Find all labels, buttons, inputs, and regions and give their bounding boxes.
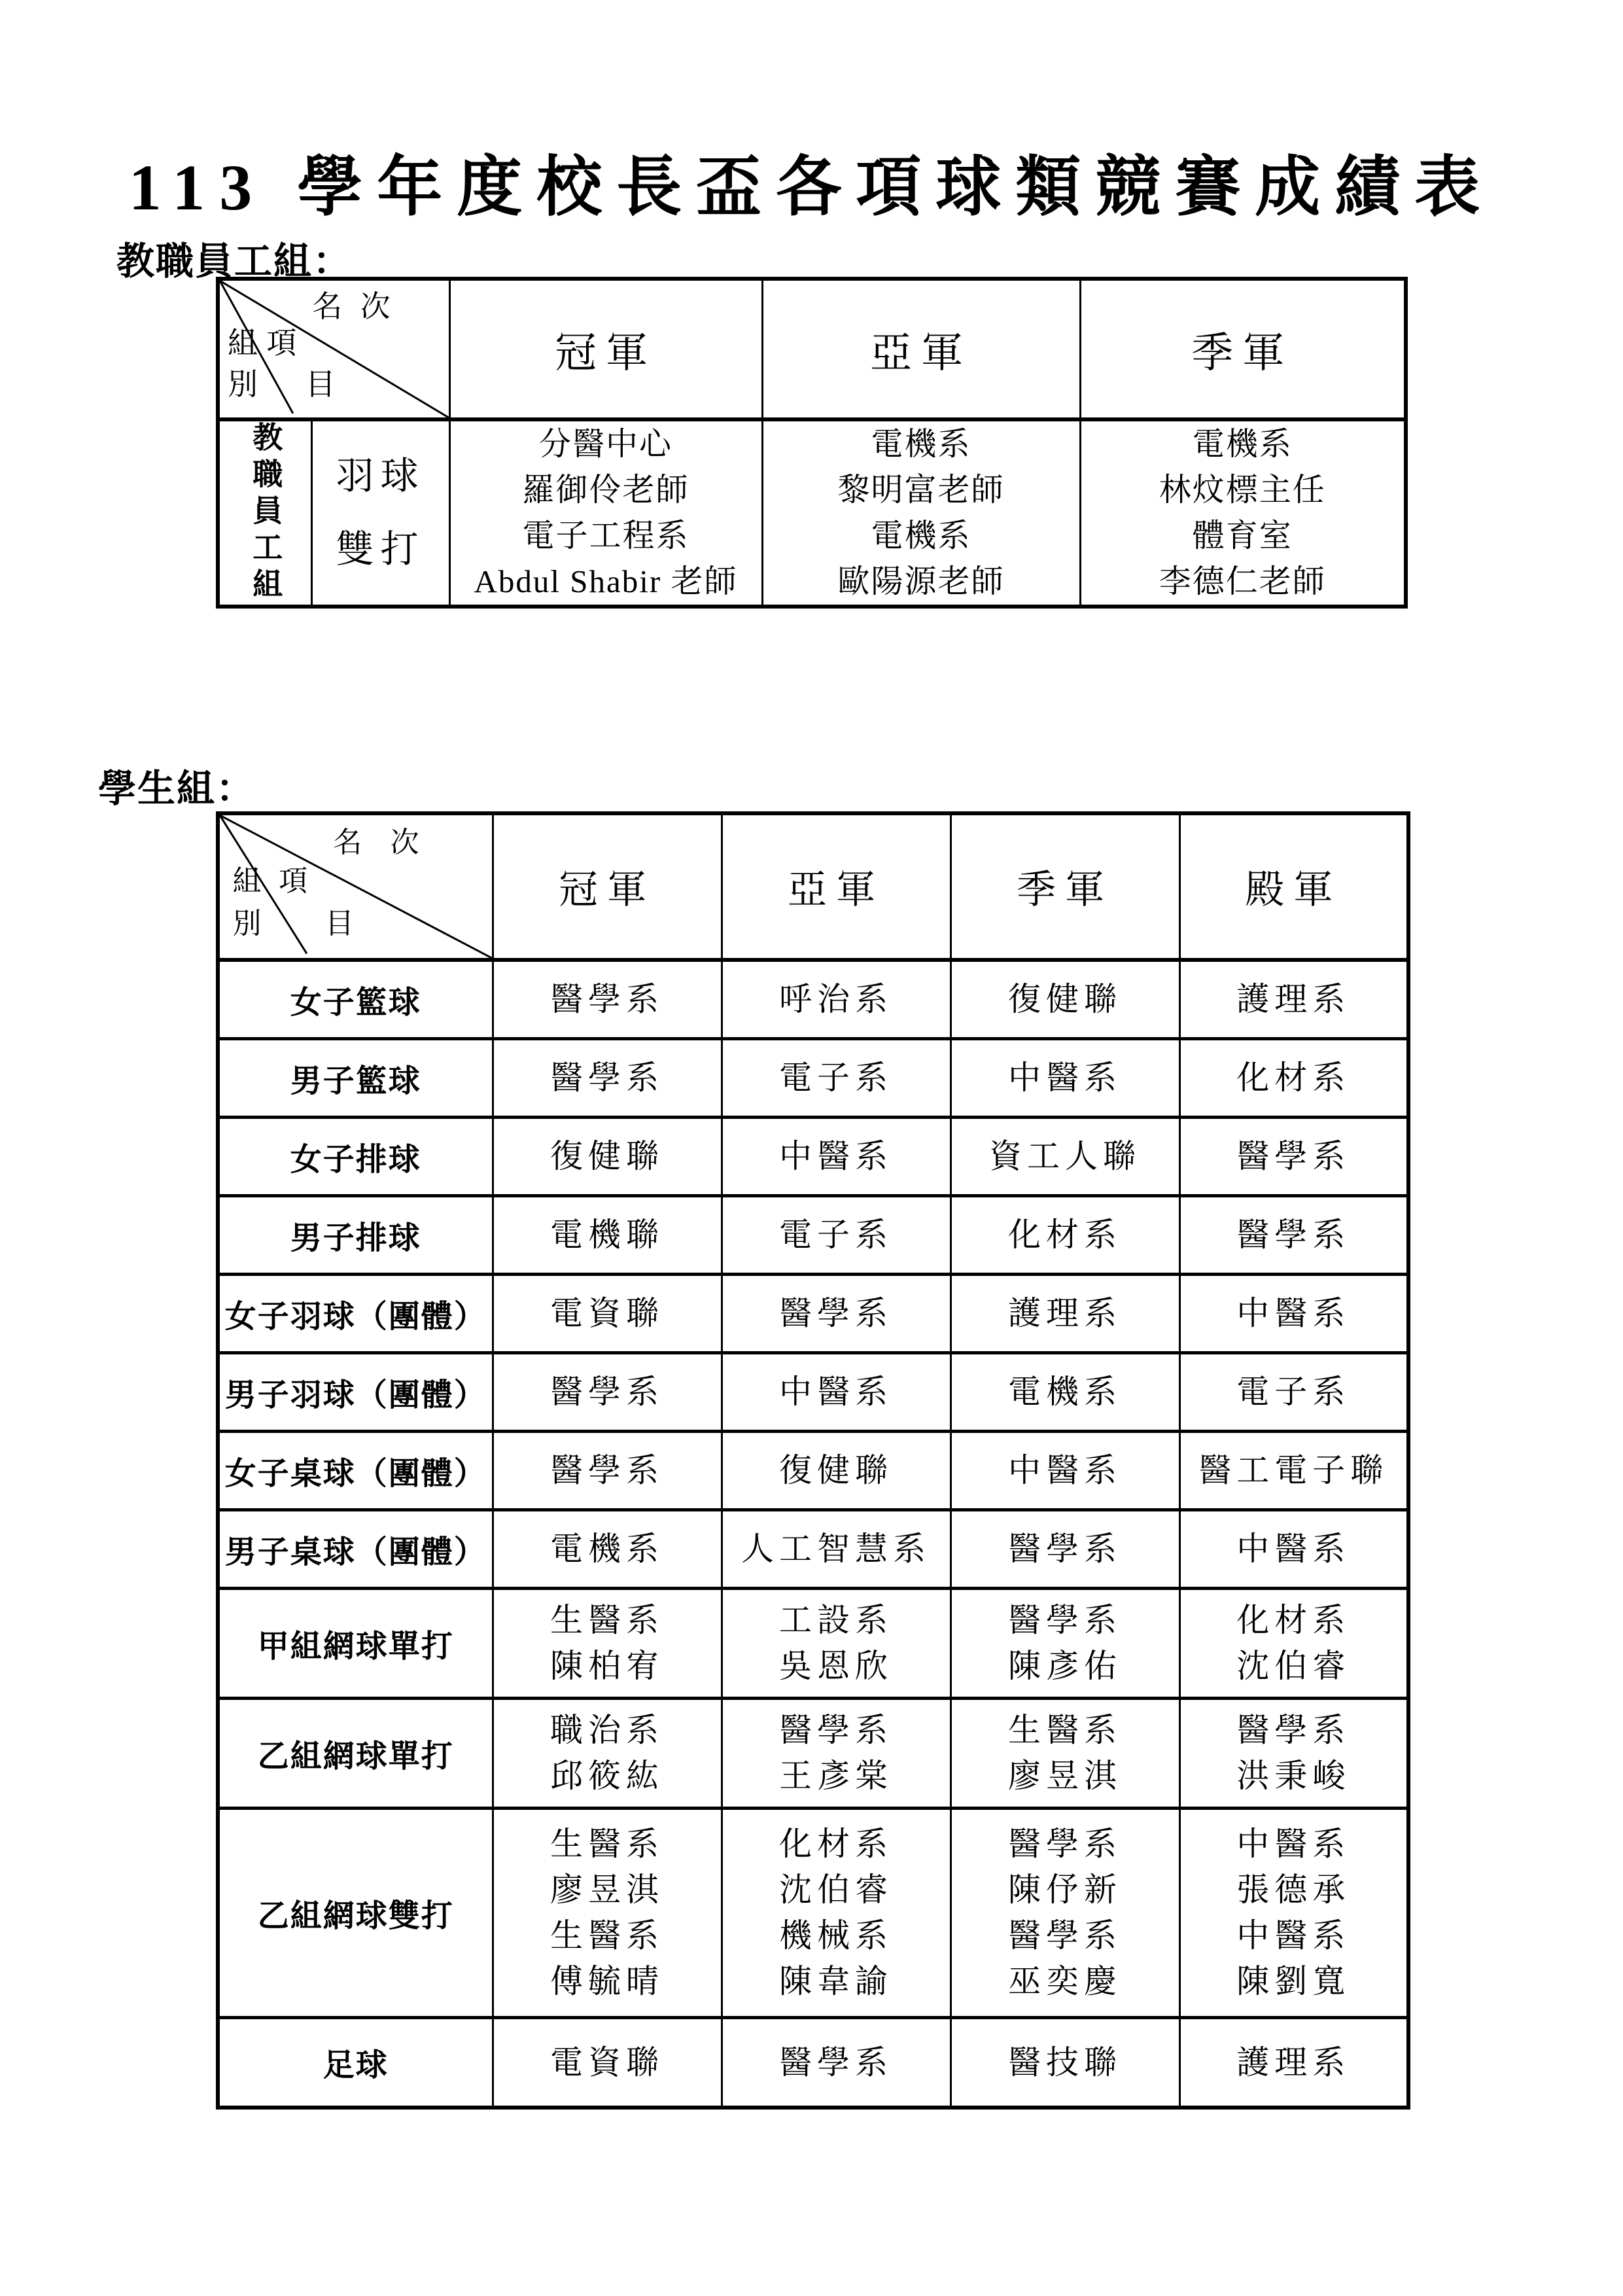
cell-line: 醫技聯	[952, 2040, 1179, 2085]
result-cell: 化材系	[1179, 1038, 1408, 1117]
result-cell: 醫學系陳伃新醫學系巫奕慶	[951, 1808, 1179, 2017]
cell-line: 電資聯	[494, 2040, 721, 2085]
result-cell: 資工人聯	[951, 1117, 1179, 1195]
cell-line: 陳劉寬	[1181, 1958, 1407, 2004]
cell-line: 醫學系	[494, 976, 721, 1022]
cell-line: 電子系	[723, 1212, 950, 1258]
student-result-row: 甲組網球單打生醫系陳柏宥工設系吳恩欣醫學系陳彥佑化材系沈伯睿	[218, 1588, 1408, 1698]
cell-line: 洪秉峻	[1181, 1753, 1407, 1799]
corner-label-group-2: 別	[228, 361, 258, 404]
column-header-runner-up: 亞軍	[762, 279, 1080, 419]
student-result-row: 男子排球電機聯電子系化材系醫學系	[218, 1195, 1408, 1274]
result-cell: 生醫系廖昱淇生醫系傅毓晴	[493, 1808, 722, 2017]
result-cell: 醫技聯	[951, 2017, 1179, 2108]
corner-label-rank-1: 名	[312, 283, 342, 326]
event-label: 女子排球	[218, 1117, 493, 1195]
cell-line: 中醫系	[1181, 1526, 1407, 1572]
student-result-row: 乙組網球單打職治系邱筱紘醫學系王彥棠生醫系廖昱淇醫學系洪秉峻	[218, 1698, 1408, 1808]
event-label: 乙組網球單打	[218, 1698, 493, 1808]
cell-line: 工設系	[723, 1597, 950, 1643]
cell-line: 醫學系	[1181, 1133, 1407, 1179]
cell-line: 電機系	[763, 421, 1079, 467]
result-cell: 電機聯	[493, 1195, 722, 1274]
event-label-cell: 羽球雙打	[311, 419, 449, 607]
corner-label-event-2: 目	[305, 361, 336, 404]
corner-header-cell: 名 次 組 項 別 目	[218, 813, 493, 960]
cell-line: 人工智慧系	[723, 1526, 950, 1572]
student-result-row: 女子籃球醫學系呼治系復健聯護理系	[218, 960, 1408, 1038]
staff-header-row: 名 次 組 項 別 目 冠軍 亞軍 季軍	[218, 279, 1406, 419]
event-label: 男子籃球	[218, 1038, 493, 1117]
cell-line: 電子系	[723, 1055, 950, 1101]
cell-line: 電機聯	[494, 1212, 721, 1258]
result-cell: 復健聯	[493, 1117, 722, 1195]
corner-label-event-2: 目	[325, 900, 354, 942]
result-cell: 呼治系	[722, 960, 951, 1038]
cell-line: 復健聯	[723, 1447, 950, 1493]
cell-line: 陳韋諭	[723, 1958, 950, 2004]
cell-line: 機械系	[723, 1913, 950, 1958]
cell-line: 生醫系	[494, 1597, 721, 1643]
result-cell: 中醫系	[951, 1431, 1179, 1510]
result-cell: 職治系邱筱紘	[493, 1698, 722, 1808]
corner-header-cell: 名 次 組 項 別 目	[218, 279, 449, 419]
cell-line: 職治系	[494, 1707, 721, 1753]
runner-up-cell: 電機系黎明富老師電機系歐陽源老師	[762, 419, 1080, 607]
column-header-fourth: 殿軍	[1179, 813, 1408, 960]
cell-line: 沈伯睿	[723, 1867, 950, 1913]
cell-line: 醫學系	[494, 1369, 721, 1415]
cell-line: 歐陽源老師	[763, 559, 1079, 605]
result-cell: 人工智慧系	[722, 1510, 951, 1588]
cell-line: 廖昱淇	[952, 1753, 1179, 1799]
cell-line: 陳柏宥	[494, 1643, 721, 1689]
result-cell: 電子系	[722, 1038, 951, 1117]
result-cell: 復健聯	[951, 960, 1179, 1038]
result-cell: 生醫系廖昱淇	[951, 1698, 1179, 1808]
event-label: 乙組網球雙打	[218, 1808, 493, 2017]
result-cell: 中醫系	[722, 1352, 951, 1431]
cell-line: 張德承	[1181, 1867, 1407, 1913]
column-header-champion: 冠軍	[493, 813, 722, 960]
student-section-label: 學生組：	[98, 758, 255, 813]
result-cell: 醫學系陳彥佑	[951, 1588, 1179, 1698]
cell-line: 中醫系	[723, 1133, 950, 1179]
result-cell: 電資聯	[493, 2017, 722, 2108]
corner-label-event-1: 項	[279, 857, 307, 899]
cell-line: 化材系	[1181, 1597, 1407, 1643]
column-header-champion: 冠軍	[449, 279, 762, 419]
group-label-cell: 教職員工組	[218, 419, 311, 607]
result-cell: 醫學系王彥棠	[722, 1698, 951, 1808]
cell-line: 電機系	[494, 1526, 721, 1572]
result-cell: 醫學系	[493, 1038, 722, 1117]
cell-line: 陳伃新	[952, 1867, 1179, 1913]
result-cell: 護理系	[1179, 960, 1408, 1038]
page-title: 113 學年度校長盃各項球類競賽成績表	[0, 134, 1623, 228]
column-header-third: 季軍	[951, 813, 1179, 960]
cell-line: 醫學系	[494, 1447, 721, 1493]
student-results-table: 名 次 組 項 別 目 冠軍 亞軍 季軍 殿軍 女子籃球醫學系呼治系復健聯護理系…	[216, 811, 1410, 2110]
cell-line: 資工人聯	[952, 1133, 1179, 1179]
result-cell: 醫學系	[951, 1510, 1179, 1588]
student-result-row: 男子籃球醫學系電子系中醫系化材系	[218, 1038, 1408, 1117]
corner-label-event-1: 項	[266, 319, 296, 362]
result-cell: 電資聯	[493, 1274, 722, 1352]
cell-line: 醫學系	[952, 1821, 1179, 1867]
cell-line: 醫學系	[1181, 1212, 1407, 1258]
cell-line: 中醫系	[952, 1055, 1179, 1101]
student-header-row: 名 次 組 項 別 目 冠軍 亞軍 季軍 殿軍	[218, 813, 1408, 960]
cell-line: 陳彥佑	[952, 1643, 1179, 1689]
result-cell: 中醫系	[1179, 1274, 1408, 1352]
event-label: 甲組網球單打	[218, 1588, 493, 1698]
result-cell: 醫學系	[493, 1431, 722, 1510]
result-cell: 醫學系	[722, 2017, 951, 2108]
cell-line: 巫奕慶	[952, 1958, 1179, 2004]
corner-label-group-2: 別	[233, 900, 262, 942]
group-label: 教職員工組	[243, 421, 287, 605]
cell-line: 電機系	[1081, 421, 1405, 467]
cell-line: 生醫系	[494, 1821, 721, 1867]
cell-line: 邱筱紘	[494, 1753, 721, 1799]
cell-line: 醫學系	[723, 1707, 950, 1753]
corner-label-rank-2: 次	[391, 819, 419, 860]
cell-line: 沈伯睿	[1181, 1643, 1407, 1689]
cell-line: 電機系	[763, 513, 1079, 559]
cell-line: 中醫系	[1181, 1821, 1407, 1867]
event-label: 女子籃球	[218, 960, 493, 1038]
corner-label-group-1: 組	[228, 319, 258, 362]
cell-line: 羅御伶老師	[451, 467, 761, 513]
result-cell: 中醫系張德承中醫系陳劉寬	[1179, 1808, 1408, 2017]
result-cell: 電子系	[1179, 1352, 1408, 1431]
student-result-row: 女子羽球（團體）電資聯醫學系護理系中醫系	[218, 1274, 1408, 1352]
result-cell: 生醫系陳柏宥	[493, 1588, 722, 1698]
cell-line: 吳恩欣	[723, 1643, 950, 1689]
cell-line: 電子工程系	[451, 513, 761, 559]
result-cell: 醫學系	[1179, 1195, 1408, 1274]
result-cell: 醫工電子聯	[1179, 1431, 1408, 1510]
cell-line: 林炆標主任	[1081, 467, 1405, 513]
cell-line: 醫學系	[952, 1913, 1179, 1958]
event-label: 男子排球	[218, 1195, 493, 1274]
student-result-row: 乙組網球雙打生醫系廖昱淇生醫系傅毓晴化材系沈伯睿機械系陳韋諭醫學系陳伃新醫學系巫…	[218, 1808, 1408, 2017]
cell-line: 電機系	[952, 1369, 1179, 1415]
cell-line: 化材系	[952, 1212, 1179, 1258]
cell-line: 王彥棠	[723, 1753, 950, 1799]
cell-line: 醫學系	[952, 1526, 1179, 1572]
cell-line: 李德仁老師	[1081, 559, 1405, 605]
result-cell: 化材系沈伯睿	[1179, 1588, 1408, 1698]
cell-line: 生醫系	[494, 1913, 721, 1958]
champion-cell: 分醫中心羅御伶老師電子工程系Abdul Shabir 老師	[449, 419, 762, 607]
cell-line: 羽球	[313, 440, 449, 513]
result-cell: 工設系吳恩欣	[722, 1588, 951, 1698]
column-header-third: 季軍	[1080, 279, 1406, 419]
corner-label-rank-1: 名	[333, 819, 362, 860]
result-cell: 化材系沈伯睿機械系陳韋諭	[722, 1808, 951, 2017]
student-result-row: 男子羽球（團體）醫學系中醫系電機系電子系	[218, 1352, 1408, 1431]
cell-line: 醫工電子聯	[1181, 1447, 1407, 1493]
result-cell: 醫學系	[1179, 1117, 1408, 1195]
cell-line: 黎明富老師	[763, 467, 1079, 513]
cell-line: 醫學系	[1181, 1707, 1407, 1753]
event-label: 女子羽球（團體）	[218, 1274, 493, 1352]
student-result-row: 女子排球復健聯中醫系資工人聯醫學系	[218, 1117, 1408, 1195]
result-cell: 中醫系	[722, 1117, 951, 1195]
cell-line: 生醫系	[952, 1707, 1179, 1753]
third-place-cell: 電機系林炆標主任體育室李德仁老師	[1080, 419, 1406, 607]
cell-line: 分醫中心	[451, 421, 761, 467]
cell-line: 護理系	[952, 1290, 1179, 1336]
student-result-row: 女子桌球（團體）醫學系復健聯中醫系醫工電子聯	[218, 1431, 1408, 1510]
cell-line: 體育室	[1081, 513, 1405, 559]
column-header-runner-up: 亞軍	[722, 813, 951, 960]
cell-line: 雙打	[313, 513, 449, 586]
result-cell: 醫學系	[493, 1352, 722, 1431]
cell-line: 醫學系	[723, 1290, 950, 1336]
cell-line: 護理系	[1181, 2040, 1407, 2085]
corner-label-rank-2: 次	[360, 283, 391, 326]
event-label: 足球	[218, 2017, 493, 2108]
result-cell: 中醫系	[1179, 1510, 1408, 1588]
result-cell: 護理系	[951, 1274, 1179, 1352]
cell-line: 電子系	[1181, 1369, 1407, 1415]
cell-line: Abdul Shabir 老師	[451, 559, 761, 605]
result-cell: 化材系	[951, 1195, 1179, 1274]
result-cell: 電機系	[951, 1352, 1179, 1431]
cell-line: 復健聯	[952, 976, 1179, 1022]
result-cell: 醫學系	[493, 960, 722, 1038]
event-label: 男子桌球（團體）	[218, 1510, 493, 1588]
cell-line: 傅毓晴	[494, 1958, 721, 2004]
student-result-row: 男子桌球（團體）電機系人工智慧系醫學系中醫系	[218, 1510, 1408, 1588]
cell-line: 醫學系	[494, 1055, 721, 1101]
result-cell: 電機系	[493, 1510, 722, 1588]
result-cell: 護理系	[1179, 2017, 1408, 2108]
cell-line: 廖昱淇	[494, 1867, 721, 1913]
event-label: 女子桌球（團體）	[218, 1431, 493, 1510]
cell-line: 醫學系	[723, 2040, 950, 2085]
corner-label-group-1: 組	[233, 857, 262, 899]
result-cell: 醫學系	[722, 1274, 951, 1352]
result-cell: 醫學系洪秉峻	[1179, 1698, 1408, 1808]
cell-line: 呼治系	[723, 976, 950, 1022]
cell-line: 化材系	[723, 1821, 950, 1867]
cell-line: 中醫系	[723, 1369, 950, 1415]
cell-line: 復健聯	[494, 1133, 721, 1179]
cell-line: 中醫系	[1181, 1913, 1407, 1958]
cell-line: 電資聯	[494, 1290, 721, 1336]
cell-line: 醫學系	[952, 1597, 1179, 1643]
cell-line: 中醫系	[952, 1447, 1179, 1493]
staff-results-table: 名 次 組 項 別 目 冠軍 亞軍 季軍 教職員工組 羽球雙打 分醫中心羅御伶老…	[216, 277, 1408, 609]
result-cell: 中醫系	[951, 1038, 1179, 1117]
cell-line: 化材系	[1181, 1055, 1407, 1101]
student-result-row: 足球電資聯醫學系醫技聯護理系	[218, 2017, 1408, 2108]
cell-line: 中醫系	[1181, 1290, 1407, 1336]
staff-result-row: 教職員工組 羽球雙打 分醫中心羅御伶老師電子工程系Abdul Shabir 老師…	[218, 419, 1406, 607]
event-label: 男子羽球（團體）	[218, 1352, 493, 1431]
result-cell: 電子系	[722, 1195, 951, 1274]
result-cell: 復健聯	[722, 1431, 951, 1510]
cell-line: 護理系	[1181, 976, 1407, 1022]
